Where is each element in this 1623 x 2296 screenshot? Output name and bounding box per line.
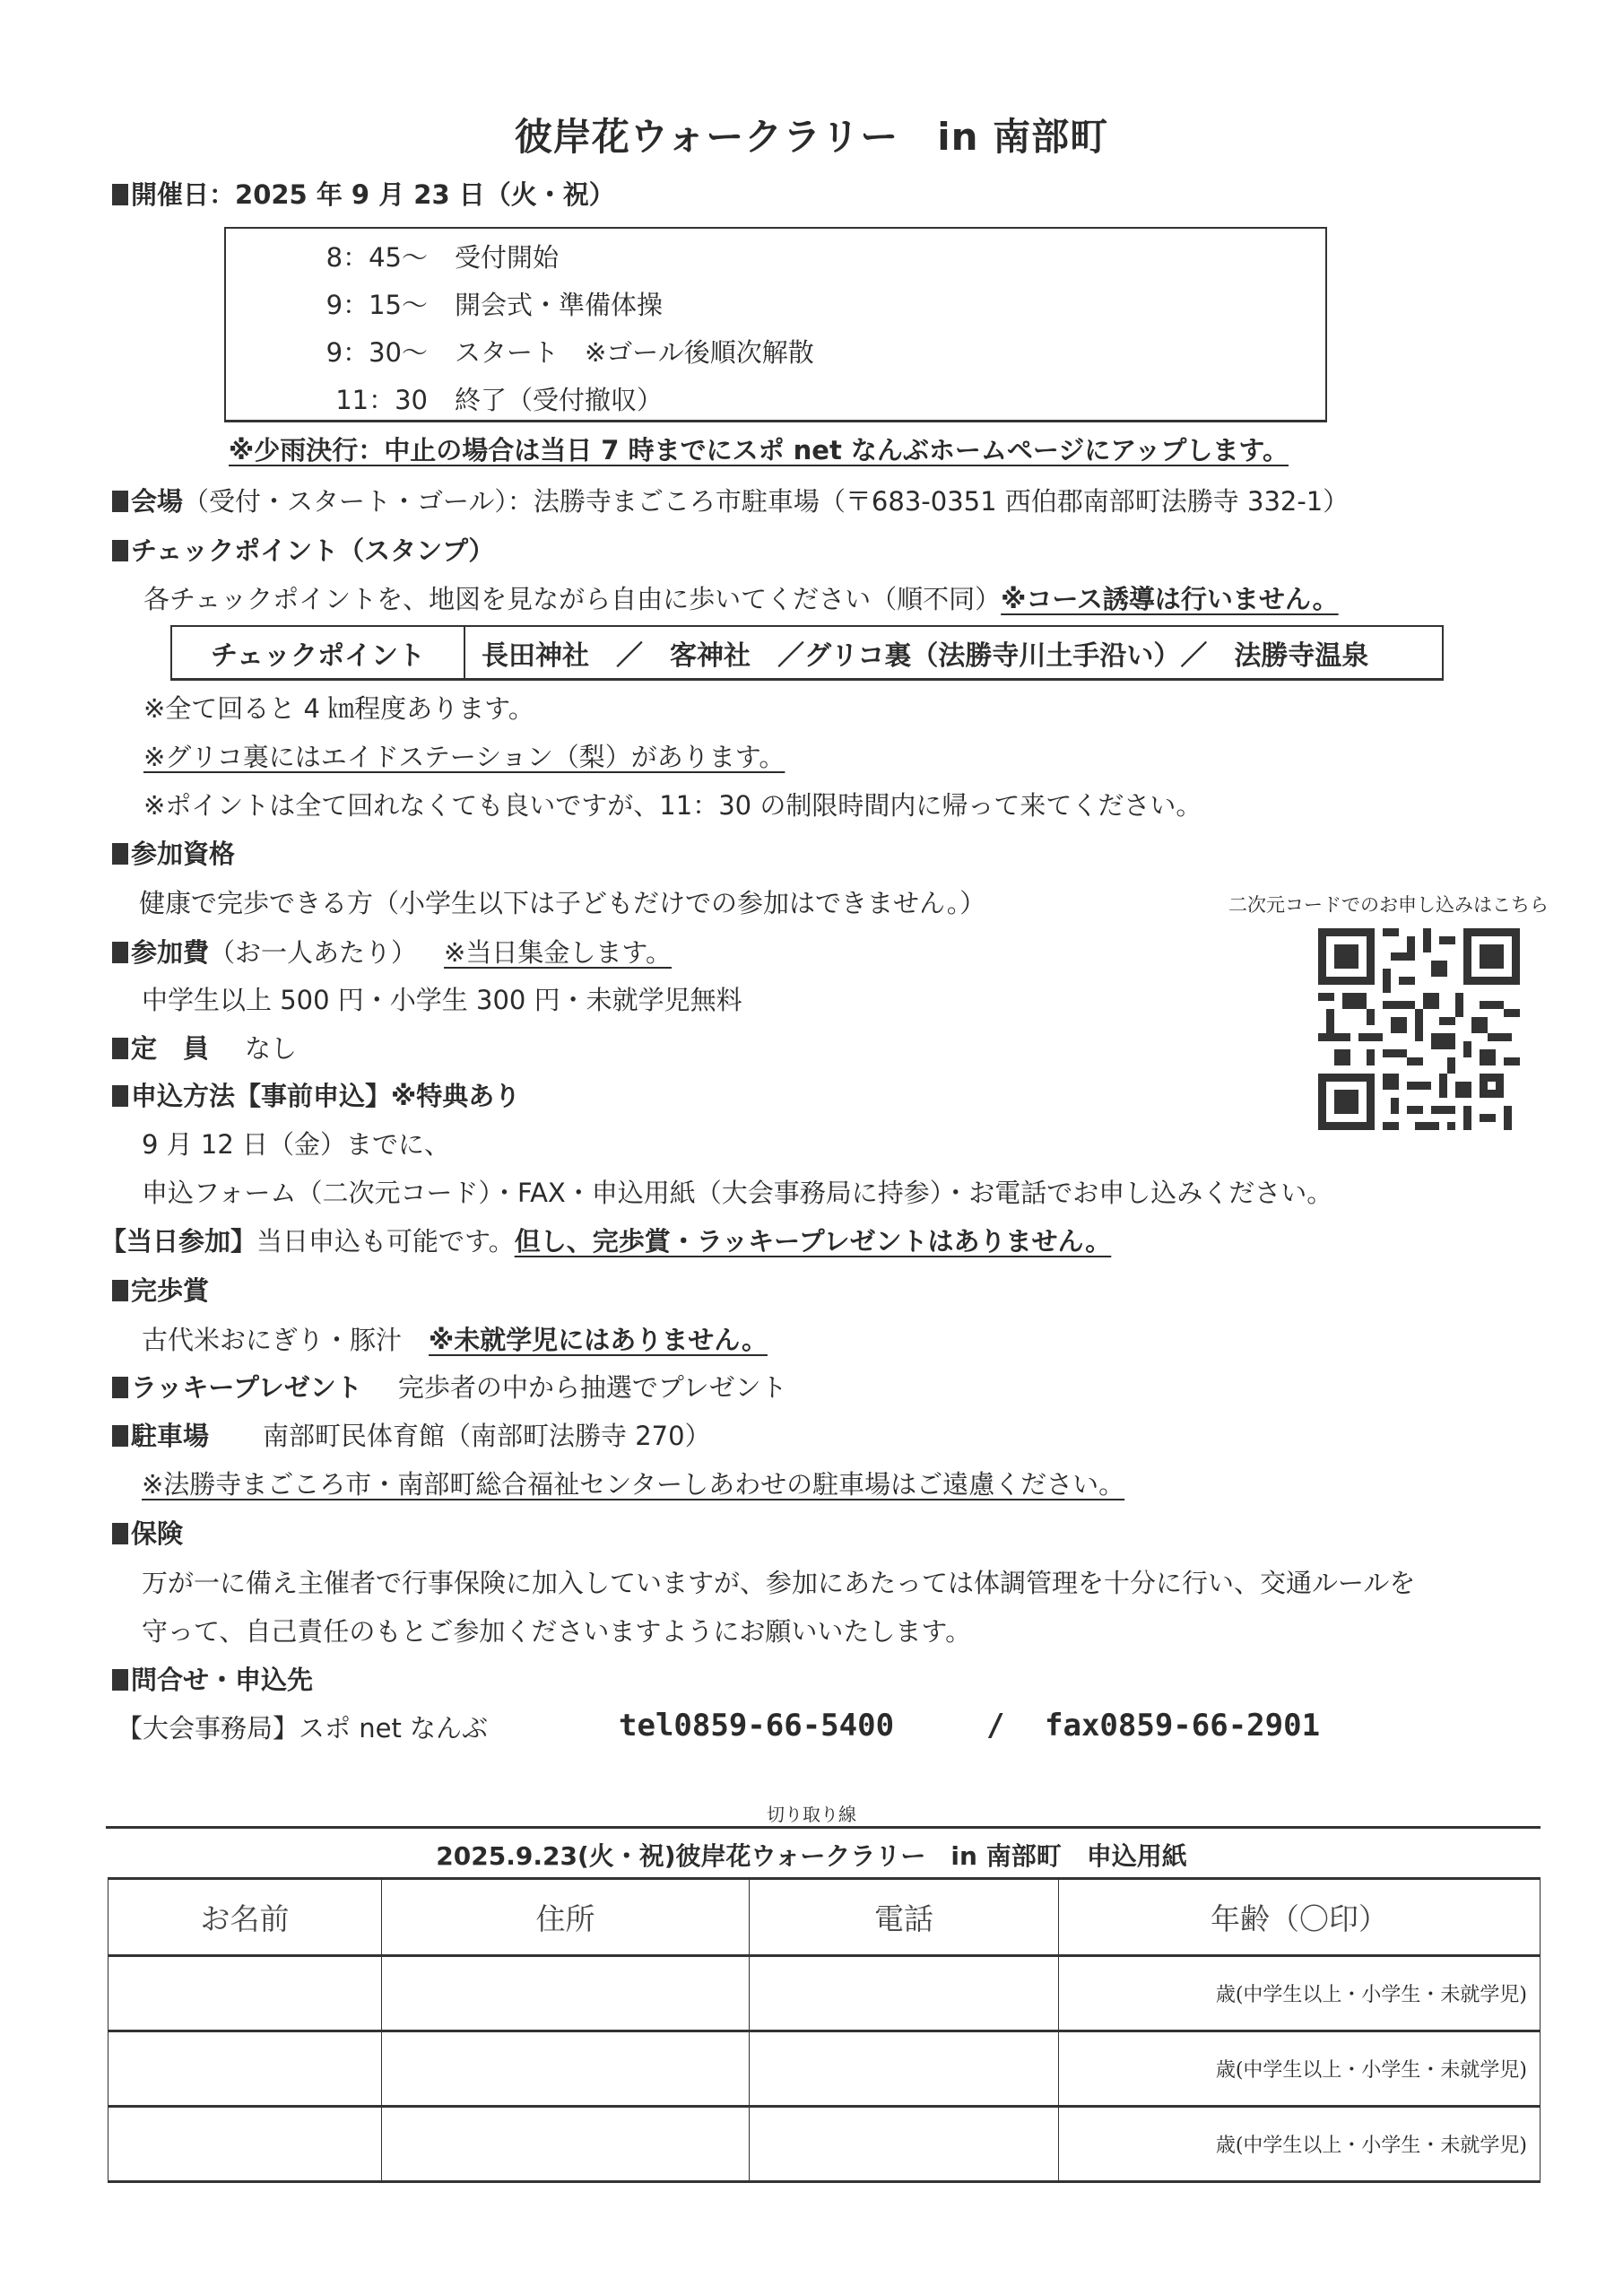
fee-section: 参加費（お一人あたり）※当日集金します。	[112, 933, 672, 970]
square-bullet-icon	[112, 843, 128, 865]
sameday-section: 【当日参加】当日申込も可能です。但し、完歩賞・ラッキープレゼントはありません。	[100, 1222, 1111, 1258]
checkpoint-table-header: チェックポイント	[172, 627, 465, 678]
header-age: 年齢（〇印）	[1059, 1879, 1541, 1956]
page-title: 彼岸花ウォークラリー in 南部町	[0, 108, 1623, 161]
square-bullet-icon	[112, 540, 128, 561]
completion-text: 古代米おにぎり・豚汁※未就学児にはありません。	[142, 1320, 768, 1357]
schedule-box: 8：45～受付開始 9：15～開会式・準備体操 9：30～スタート ※ゴール後順…	[224, 227, 1327, 422]
parking-section: 駐車場南部町民体育館（南部町法勝寺 270）	[112, 1416, 711, 1453]
qr-label: 二次元コードでのお申し込みはこちら	[1228, 891, 1549, 918]
cut-line	[106, 1826, 1541, 1829]
table-row: 歳(中学生以上・小学生・未就学児)	[108, 1956, 1541, 2031]
schedule-row: 9：15～開会式・準備体操	[226, 285, 663, 322]
age-cell[interactable]: 歳(中学生以上・小学生・未就学児)	[1059, 1956, 1541, 2031]
name-cell[interactable]	[108, 1956, 382, 2031]
venue-detail: （受付・スタート・ゴール）：法勝寺まごころ市駐車場（〒683-0351 西伯郡南…	[183, 486, 1349, 517]
square-bullet-icon	[112, 1425, 128, 1447]
eligibility-heading: 参加資格	[112, 834, 235, 871]
rain-note: ※少雨決行：中止の場合は当日 7 時までにスポ net なんぶホームページにアッ…	[229, 430, 1289, 467]
name-cell[interactable]	[108, 2107, 382, 2182]
application-deadline: 9 月 12 日（金）までに、	[142, 1125, 450, 1161]
schedule-row: 9：30～スタート ※ゴール後順次解散	[226, 333, 814, 370]
parking-note: ※法勝寺まごころ市・南部町総合福祉センターしあわせの駐車場はご遠慮ください。	[142, 1465, 1124, 1501]
header-name: お名前	[108, 1879, 382, 1956]
eligibility-text: 健康で完歩できる方（小学生以下は子どもだけでの参加はできません。）	[139, 883, 985, 920]
square-bullet-icon	[112, 184, 128, 205]
contact-tel[interactable]: tel0859-66-5400	[619, 1708, 894, 1744]
insurance-heading: 保険	[112, 1514, 183, 1551]
completion-heading: 完歩賞	[112, 1271, 209, 1308]
qr-code[interactable]	[1318, 928, 1520, 1130]
square-bullet-icon	[112, 1085, 128, 1107]
address-cell[interactable]	[382, 1956, 750, 2031]
address-cell[interactable]	[382, 2107, 750, 2182]
name-cell[interactable]	[108, 2031, 382, 2107]
cut-line-label: 切り取り線	[0, 1800, 1623, 1826]
address-cell[interactable]	[382, 2031, 750, 2107]
application-heading: 申込方法【事前申込】※特典あり	[112, 1076, 520, 1113]
square-bullet-icon	[112, 1377, 128, 1398]
table-row: 歳(中学生以上・小学生・未就学児)	[108, 2031, 1541, 2107]
form-title: 2025.9.23(火・祝)彼岸花ウォークラリー in 南部町 申込用紙	[0, 1837, 1623, 1873]
contact-fax[interactable]: fax0859-66-2901	[1045, 1708, 1320, 1744]
fee-text: 中学生以上 500 円・小学生 300 円・未就学児無料	[142, 980, 742, 1017]
contact-separator: /	[986, 1708, 1004, 1744]
insurance-line-2: 守って、自己責任のもとご参加くださいますようにお願いいたします。	[142, 1612, 971, 1648]
lucky-section: ラッキープレゼント完歩者の中から抽選でプレゼント	[112, 1368, 787, 1405]
square-bullet-icon	[112, 1523, 128, 1544]
contact-heading: 問合せ・申込先	[112, 1660, 313, 1697]
application-form-table: お名前 住所 電話 年齢（〇印） 歳(中学生以上・小学生・未就学児) 歳(中学生…	[108, 1877, 1541, 2183]
table-row: 歳(中学生以上・小学生・未就学児)	[108, 2107, 1541, 2182]
venue-section: 会場（受付・スタート・ゴール）：法勝寺まごころ市駐車場（〒683-0351 西伯…	[112, 482, 1349, 518]
checkpoint-note-time: ※ポイントは全て回れなくても良いですが、11：30 の制限時間内に帰って来てくだ…	[143, 786, 1202, 822]
checkpoint-note-distance: ※全て回ると 4 ㎞程度あります。	[143, 689, 534, 726]
phone-cell[interactable]	[750, 2031, 1059, 2107]
capacity-section: 定 員なし	[112, 1029, 297, 1065]
schedule-row: 8：45～受付開始	[226, 238, 559, 274]
date-section: 開催日：2025 年 9 月 23 日（火・祝）	[112, 175, 615, 212]
square-bullet-icon	[112, 1280, 128, 1301]
checkpoint-table: チェックポイント 長田神社 ／ 客神社 ／グリコ裏（法勝寺川土手沿い）／ 法勝寺…	[170, 625, 1444, 681]
checkpoint-intro: 各チェックポイントを、地図を見ながら自由に歩いてください（順不同）※コース誘導は…	[143, 579, 1339, 616]
insurance-line-1: 万が一に備え主催者で行事保険に加入していますが、参加にあたっては体調管理を十分に…	[142, 1563, 1415, 1600]
checkpoint-heading: チェックポイント（スタンプ）	[112, 531, 494, 568]
phone-cell[interactable]	[750, 1956, 1059, 2031]
square-bullet-icon	[112, 1038, 128, 1059]
schedule-row: 11：30終了（受付撤収）	[226, 380, 663, 417]
square-bullet-icon	[112, 942, 128, 963]
phone-cell[interactable]	[750, 2107, 1059, 2182]
square-bullet-icon	[112, 1669, 128, 1691]
age-cell[interactable]: 歳(中学生以上・小学生・未就学児)	[1059, 2107, 1541, 2182]
header-address: 住所	[382, 1879, 750, 1956]
age-cell[interactable]: 歳(中学生以上・小学生・未就学児)	[1059, 2031, 1541, 2107]
square-bullet-icon	[112, 491, 128, 512]
date-value: ：2025 年 9 月 23 日（火・祝）	[209, 179, 615, 210]
header-phone: 電話	[750, 1879, 1059, 1956]
checkpoint-note-aid: ※グリコ裏にはエイドステーション（梨）があります。	[143, 737, 785, 774]
contact-org: 【大会事務局】スポ net なんぶ	[117, 1709, 488, 1745]
application-methods: 申込フォーム（二次元コード）・FAX・申込用紙（大会事務局に持参）・お電話でお申…	[142, 1173, 1332, 1210]
checkpoint-table-value: 長田神社 ／ 客神社 ／グリコ裏（法勝寺川土手沿い）／ 法勝寺温泉	[465, 627, 1442, 678]
